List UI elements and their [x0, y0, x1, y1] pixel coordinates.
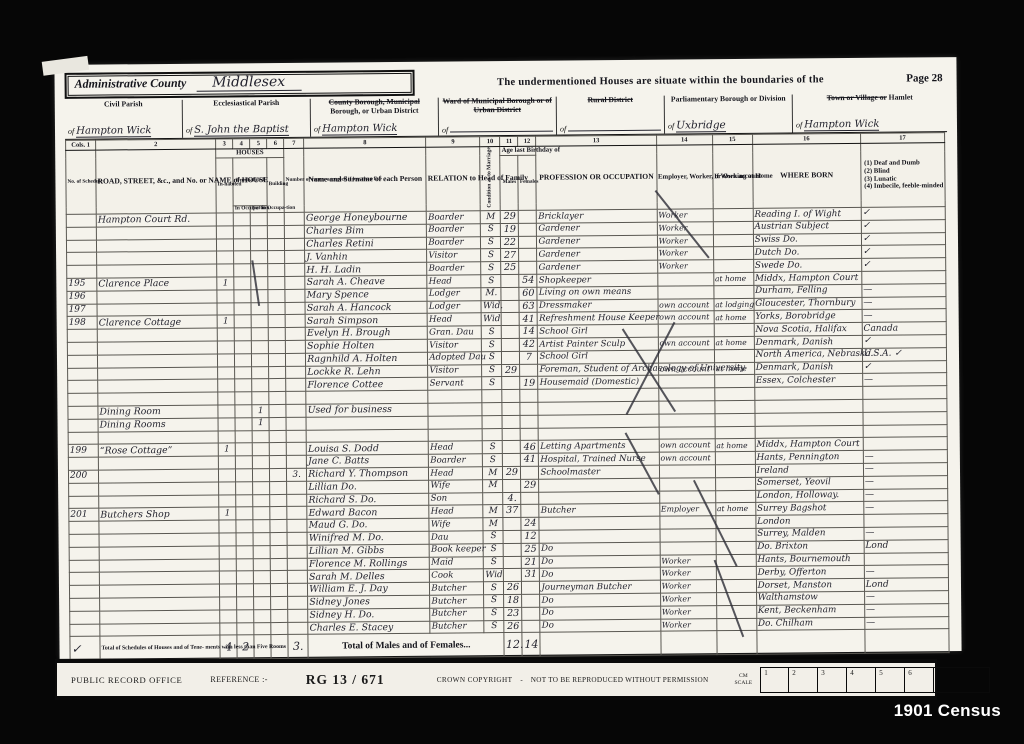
- cell-rooms: [287, 481, 307, 494]
- cell-uninhabited-occupied: [235, 366, 252, 379]
- cell-where-born: Swiss Do.: [753, 233, 861, 247]
- cell-where-born: Gloucester, Thornbury: [754, 297, 862, 311]
- cell-working-at-home: at home: [714, 311, 754, 324]
- cell-condition: S: [484, 556, 504, 569]
- cell-road: [97, 354, 217, 368]
- cell-name: Lillian Do.: [307, 480, 429, 494]
- cell-inhabited: [217, 251, 234, 264]
- cell-working-at-home: at home: [715, 439, 755, 452]
- cell-uninhabited-not: [254, 597, 271, 610]
- employer-col-header: Employer, Worker, or Own account: [656, 145, 713, 210]
- cell-name: Used for business: [306, 403, 428, 417]
- cell-rooms: [285, 225, 305, 238]
- of-word: of: [314, 125, 320, 134]
- cell-relation: Boarder: [427, 224, 481, 237]
- cell-age-male: [503, 454, 521, 467]
- town-value: Hampton Wick: [804, 119, 879, 132]
- cell-schedule-no: [70, 611, 100, 624]
- cell-building: [270, 481, 287, 494]
- cell-inhabited: [218, 379, 235, 392]
- cell-occupation: Do: [540, 555, 660, 569]
- cell-road: [99, 495, 219, 509]
- cell-building: [270, 558, 287, 571]
- cell-occupation: Gardener: [537, 222, 657, 236]
- cell-uninhabited-not: [252, 341, 269, 354]
- cell-age-female: 29: [521, 479, 539, 492]
- cell-uninhabited-occupied: [235, 430, 252, 443]
- cell-uninhabited-not: [253, 545, 270, 558]
- cell-inhabited: [217, 239, 234, 252]
- relation-col-header: RELATION to Head of Family: [426, 147, 481, 212]
- col-number: 14: [656, 135, 712, 145]
- ward-blank-line: [450, 123, 553, 133]
- cell-building: [271, 609, 288, 622]
- cell-working-at-home: [713, 234, 753, 247]
- cell-uninhabited-occupied: [237, 609, 254, 622]
- cell-where-born: Middx, Hampton Court: [753, 271, 861, 285]
- cell-name: George Honeybourne: [304, 211, 426, 225]
- cell-age-female: 14: [520, 325, 538, 338]
- cell-uninhabited-not: [252, 366, 269, 379]
- cell-road: [97, 251, 217, 265]
- cell-uninhabited-not: 1: [252, 417, 269, 430]
- cell-age-female: [521, 492, 539, 505]
- cell-road: [99, 546, 219, 560]
- cell-schedule-no: [66, 227, 96, 240]
- cell-name: Mary Spence: [305, 288, 427, 302]
- cell-road: Dining Rooms: [98, 418, 218, 432]
- cell-where-born: Surrey, Malden: [756, 527, 864, 541]
- cell-infirmity: Canada: [862, 322, 946, 336]
- cell-road: Dining Room: [98, 405, 218, 419]
- borough-label: County Borough, Municipal Borough, or Ur…: [314, 98, 435, 116]
- cell-name: Florence Cottee: [306, 378, 428, 392]
- scale-box: 6: [905, 667, 934, 693]
- cell-building: [267, 213, 284, 226]
- cell-rooms: [287, 532, 307, 545]
- cell-employer: Worker: [660, 605, 716, 618]
- cell-rooms: [285, 238, 305, 251]
- cell-schedule-no: 200: [68, 470, 98, 483]
- cell-inhabited: [216, 226, 233, 239]
- cell-infirmity: ✓: [861, 207, 945, 221]
- cell-age-male: [502, 313, 520, 326]
- cell-occupation: Shopkeeper: [537, 273, 657, 287]
- cell-rooms: [285, 302, 305, 315]
- cell-road: [97, 341, 217, 355]
- cell-relation: [428, 403, 482, 416]
- cell-infirmity: —: [864, 591, 948, 605]
- cell-age-male: 18: [504, 594, 522, 607]
- cell-age-female: 60: [519, 287, 537, 300]
- cell-uninhabited-occupied: [236, 494, 253, 507]
- cell-where-born: London: [756, 515, 864, 529]
- cell-age-male: 26: [504, 582, 522, 595]
- cell-where-born: Middx, Hampton Court: [755, 438, 863, 452]
- cell-road: Hampton Court Rd.: [96, 213, 216, 227]
- cell-rooms: [286, 353, 306, 366]
- cell-building: [270, 494, 287, 507]
- cell-infirmity: —: [864, 603, 948, 617]
- males-header: Males: [500, 155, 518, 211]
- cell-occupation: Do: [540, 593, 660, 607]
- cell-occupation: Gardener: [537, 260, 657, 274]
- cell-condition: S: [483, 454, 503, 467]
- cell-uninhabited-occupied: [236, 533, 253, 546]
- totals-mark: ✓: [70, 636, 100, 660]
- cell-inhabited: [216, 213, 233, 226]
- cell-condition: S: [481, 249, 501, 262]
- cell-age-male: [503, 530, 521, 543]
- cell-relation: Boarder: [427, 262, 481, 275]
- cell-condition: S: [483, 441, 503, 454]
- rural-district-label: Rural District: [560, 96, 661, 106]
- cell-occupation: Artist Painter Sculp: [538, 337, 658, 351]
- cell-name: Florence M. Rollings: [307, 557, 429, 571]
- cell-uninhabited-occupied: [236, 520, 253, 533]
- cell-occupation: Do: [540, 606, 660, 620]
- cell-uninhabited-not: 1: [252, 405, 269, 418]
- in-occupation-header: In Occupa-tion: [233, 206, 250, 213]
- cell-working-at-home: [715, 400, 755, 413]
- dash-separator: -: [520, 676, 522, 684]
- totals-empty: [717, 631, 757, 655]
- reference-label: REFERENCE :-: [210, 675, 267, 684]
- cell-relation: Lodger: [427, 288, 481, 301]
- cell-infirmity: ✓: [861, 258, 945, 272]
- cell-name: Lockke R. Lehn: [306, 365, 428, 379]
- cell-where-born: Denmark, Danish: [754, 361, 862, 375]
- cell-inhabited: [217, 290, 234, 303]
- cell-uninhabited-occupied: [234, 277, 251, 290]
- col-number: 5: [250, 139, 267, 149]
- cell-rooms: [287, 455, 307, 468]
- col-number: 9: [426, 137, 480, 147]
- cell-occupation: Refreshment House Keeper: [538, 312, 658, 326]
- cell-relation: Head: [429, 441, 483, 454]
- cell-employer: Worker: [660, 593, 716, 606]
- cell-uninhabited-not: [252, 443, 269, 456]
- cell-where-born: [755, 412, 863, 426]
- cell-road: [98, 431, 218, 445]
- totals-label: Total of Schedules of Houses and of Tene…: [100, 635, 220, 660]
- cell-schedule-no: [68, 381, 98, 394]
- ecclesiastical-parish-value: S. John the Baptist: [194, 124, 289, 137]
- cell-inhabited: [217, 328, 234, 341]
- cm-scale-ruler: 1 2 3 4 5 6: [760, 667, 990, 693]
- totals-empty: [757, 630, 865, 655]
- cell-relation: Butcher: [430, 620, 484, 633]
- cell-employer: Worker: [660, 580, 716, 593]
- cell-age-male: [502, 351, 520, 364]
- borough-value: Hampton Wick: [322, 123, 397, 136]
- cell-building: [271, 596, 288, 609]
- cell-relation: Adopted Dau: [428, 352, 482, 365]
- cell-rooms: [286, 417, 306, 430]
- cell-schedule-no: [66, 240, 96, 253]
- cell-uninhabited-occupied: [234, 238, 251, 251]
- cell-age-male: [502, 415, 520, 428]
- town-label: Town or Village or Hamlet: [796, 93, 944, 103]
- ecclesiastical-parish-cell: Ecclesiastical Parish ofS. John the Bapt…: [183, 99, 311, 138]
- cell-name: Sarah Simpson: [305, 314, 427, 328]
- cell-relation: [428, 390, 482, 403]
- cell-where-born: Essex, Colchester: [754, 374, 862, 388]
- age-group-header: Age last Birthday of: [500, 146, 536, 155]
- cell-employer: Worker: [657, 234, 713, 247]
- cell-schedule-no: [68, 457, 98, 470]
- cell-rooms: [287, 494, 307, 507]
- cell-infirmity: —: [864, 501, 948, 515]
- cell-uninhabited-occupied: [236, 456, 253, 469]
- cell-where-born: Dorset, Manston: [756, 579, 864, 593]
- cell-uninhabited-occupied: [236, 469, 253, 482]
- borough-cell: County Borough, Municipal Borough, or Ur…: [311, 98, 439, 137]
- cell-building: [268, 264, 285, 277]
- rural-blank-line: [568, 122, 661, 132]
- cell-inhabited: [219, 546, 236, 559]
- page-number: Page 28: [906, 72, 942, 84]
- cell-infirmity: —: [863, 450, 947, 464]
- cell-relation: Head: [429, 505, 483, 518]
- cell-infirmity: [863, 386, 947, 400]
- cell-rooms: [288, 609, 308, 622]
- cell-working-at-home: at home: [714, 336, 754, 349]
- cell-inhabited: [220, 597, 237, 610]
- cell-working-at-home: [715, 464, 755, 477]
- cell-inhabited: [219, 520, 236, 533]
- cell-age-male: [502, 390, 520, 403]
- cell-name: Maud G. Do.: [307, 518, 429, 532]
- cell-employer: [657, 273, 713, 286]
- cell-road: [97, 328, 217, 342]
- cell-age-female: 41: [521, 453, 539, 466]
- col-number: 10: [480, 137, 500, 147]
- cell-relation: Wife: [429, 518, 483, 531]
- admin-county-label: Administrative County: [75, 76, 187, 92]
- cell-relation: Head: [429, 467, 483, 480]
- cell-infirmity: —: [862, 373, 946, 387]
- cell-age-male: [504, 556, 522, 569]
- cell-employer: [659, 426, 715, 439]
- cell-schedule-no: [68, 406, 98, 419]
- reproduction-notice: NOT TO BE REPRODUCED WITHOUT PERMISSION: [531, 676, 709, 684]
- cell-condition: S: [482, 326, 502, 339]
- cell-age-female: 41: [520, 313, 538, 326]
- cell-building: [269, 392, 286, 405]
- cell-age-male: 4.: [503, 492, 521, 505]
- cell-uninhabited-not: [251, 225, 268, 238]
- cell-employer: [659, 477, 715, 490]
- civil-parish-cell: Civil Parish ofHampton Wick: [65, 100, 183, 139]
- cell-condition: S: [482, 364, 502, 377]
- cell-uninhabited-not: [253, 481, 270, 494]
- cell-age-female: [519, 261, 537, 274]
- cell-building: [268, 302, 285, 315]
- cell-uninhabited-not: [253, 469, 270, 482]
- cell-road: [98, 392, 218, 406]
- cell-road: [100, 610, 220, 624]
- cell-rooms: [286, 379, 306, 392]
- cell-road: [98, 367, 218, 381]
- col-number: 11: [500, 136, 518, 146]
- census-sheet: Administrative County Middlesex The unde…: [54, 57, 961, 659]
- of-word: of: [668, 122, 674, 131]
- cell-name: William E. J. Day: [308, 582, 430, 596]
- cell-occupation: Butcher: [539, 504, 659, 518]
- cell-age-female: 42: [520, 338, 538, 351]
- cell-working-at-home: [715, 477, 755, 490]
- of-word: of: [442, 126, 448, 135]
- cell-working-at-home: [715, 426, 755, 439]
- cell-infirmity: [862, 271, 946, 285]
- home-col-header: If Working at Home: [712, 144, 753, 208]
- cell-uninhabited-occupied: [234, 328, 251, 341]
- cell-inhabited: [217, 341, 234, 354]
- cell-rooms: [285, 276, 305, 289]
- cell-infirmity: ✓: [862, 360, 946, 374]
- cell-uninhabited-not: [254, 622, 271, 635]
- cell-building: [269, 366, 286, 379]
- cell-name: Sidney Jones: [308, 595, 430, 609]
- rural-district-cell: Rural District of: [557, 96, 665, 135]
- cell-uninhabited-occupied: [236, 546, 253, 559]
- ward-cell: Ward of Municipal Borough or of Urban Di…: [439, 97, 557, 136]
- cell-building: [268, 225, 285, 238]
- cell-road: [98, 456, 218, 470]
- cell-age-male: 19: [501, 223, 519, 236]
- cell-age-female: 46: [521, 441, 539, 454]
- cell-infirmity: [863, 437, 947, 451]
- cell-name: Sophie Holten: [306, 339, 428, 353]
- cell-relation: Servant: [428, 377, 482, 390]
- cell-building: [268, 289, 285, 302]
- cell-rooms: [287, 507, 307, 520]
- cell-working-at-home: [715, 490, 755, 503]
- cell-uninhabited-not: [254, 571, 271, 584]
- cell-relation: [428, 416, 482, 429]
- cell-condition: M: [483, 518, 503, 531]
- cell-infirmity: ✓: [861, 232, 945, 246]
- cell-employer: [659, 490, 715, 503]
- cell-building: [270, 545, 287, 558]
- cell-age-male: 26: [504, 620, 522, 633]
- cell-relation: Visitor: [427, 249, 481, 262]
- cell-infirmity: —: [863, 475, 947, 489]
- cell-condition: Wid.: [481, 300, 501, 313]
- cell-employer: own account: [658, 311, 714, 324]
- cell-age-female: 21: [522, 556, 540, 569]
- cell-road: [99, 533, 219, 547]
- cell-road: [99, 520, 219, 534]
- cell-uninhabited-occupied: [234, 264, 251, 277]
- public-record-office-label: PUBLIC RECORD OFFICE: [71, 675, 182, 685]
- cell-inhabited: [218, 418, 235, 431]
- cell-rooms: [285, 289, 305, 302]
- cell-uninhabited-not: [251, 328, 268, 341]
- cell-road: [97, 264, 217, 278]
- cell-occupation: Do: [540, 619, 660, 633]
- cell-occupation: [538, 388, 658, 402]
- cell-inhabited: [220, 584, 237, 597]
- cell-age-female: [522, 607, 540, 620]
- cell-road: [96, 239, 216, 253]
- cell-age-female: [521, 505, 539, 518]
- cell-uninhabited-occupied: [234, 315, 251, 328]
- cell-where-born: Ireland: [755, 463, 863, 477]
- cell-infirmity: —: [864, 565, 948, 579]
- cell-age-female: 24: [521, 517, 539, 530]
- cell-rooms: [286, 430, 306, 443]
- cell-relation: Butcher: [430, 607, 484, 620]
- cell-uninhabited-occupied: [237, 622, 254, 635]
- scale-box: 1: [760, 667, 789, 693]
- name-col-header: Name and Surname of each Person: [304, 147, 427, 212]
- cell-name: Sidney H. Do.: [308, 608, 430, 622]
- of-word: of: [186, 126, 192, 135]
- cell-uninhabited-not: [252, 379, 269, 392]
- cell-where-born: Surrey Bagshot: [755, 502, 863, 516]
- cell-relation: Dau: [429, 531, 483, 544]
- cell-age-male: 27: [501, 249, 519, 262]
- cell-relation: Visitor: [428, 364, 482, 377]
- cell-age-male: [502, 338, 520, 351]
- cell-uninhabited-not: [253, 520, 270, 533]
- cell-relation: Maid: [430, 556, 484, 569]
- cell-road: [99, 584, 219, 598]
- cell-occupation: Dressmaker: [537, 299, 657, 313]
- cell-inhabited: [220, 571, 237, 584]
- cell-employer: Worker: [660, 554, 716, 567]
- cell-name: Edward Bacon: [307, 506, 429, 520]
- admin-county-value: Middlesex: [196, 74, 301, 92]
- cell-working-at-home: [715, 413, 755, 426]
- cell-road: [100, 597, 220, 611]
- cell-age-female: 31: [522, 569, 540, 582]
- cell-condition: [482, 403, 502, 416]
- cell-working-at-home: at lodging: [714, 298, 754, 311]
- cell-where-born: Yorks, Borobridge: [754, 310, 862, 324]
- cell-schedule-no: [67, 342, 97, 355]
- cell-employer: own account: [658, 298, 714, 311]
- cell-uninhabited-not: [253, 533, 270, 546]
- col-number: 12: [518, 136, 536, 146]
- cell-name: Evelyn H. Brough: [305, 326, 427, 340]
- cell-uninhabited-not: [250, 213, 267, 226]
- cell-condition: M.: [481, 287, 501, 300]
- cell-where-born: Walthamstow: [756, 591, 864, 605]
- cell-relation: Son: [429, 492, 483, 505]
- cell-uninhabited-occupied: [235, 443, 252, 456]
- cm-scale-label: CM SCALE: [734, 673, 752, 685]
- cell-infirmity: —: [862, 309, 946, 323]
- cell-schedule-no: [70, 624, 100, 637]
- cell-age-female: [521, 428, 539, 441]
- cell-relation: [428, 428, 482, 441]
- cell-inhabited: 1: [219, 507, 236, 520]
- cell-age-female: 63: [519, 300, 537, 313]
- cell-where-born: Swede Do.: [753, 259, 861, 273]
- cell-inhabited: 1: [217, 277, 234, 290]
- cell-schedule-no: [67, 355, 97, 368]
- cell-condition: S: [482, 377, 502, 390]
- cell-rooms: [286, 443, 306, 456]
- cell-age-female: [520, 364, 538, 377]
- cell-rooms: [286, 391, 306, 404]
- cell-infirmity: [863, 424, 947, 438]
- cell-employer: Worker: [657, 209, 713, 222]
- cell-inhabited: [218, 367, 235, 380]
